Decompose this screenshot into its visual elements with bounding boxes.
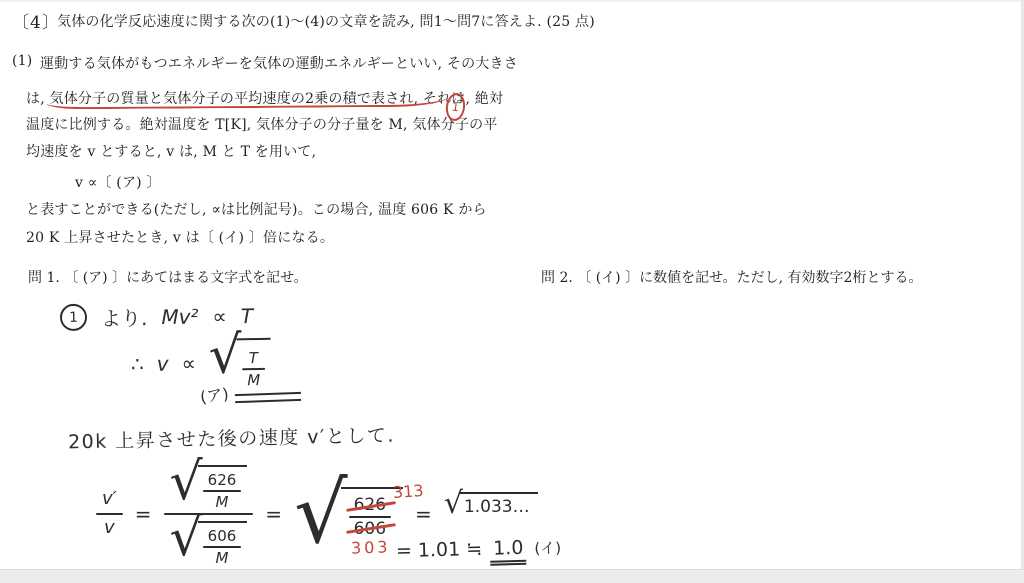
page-top-edge	[0, 0, 1024, 2]
proportional-symbol: ∝	[212, 304, 227, 328]
red-correction-313: 313	[392, 482, 424, 502]
handwritten-step-2: ∴ v ∝ √ T M	[131, 335, 272, 390]
red-correction-303: 303	[350, 538, 390, 557]
problem-number: 〔4〕	[12, 8, 60, 33]
paragraph-line: 運動する気体がもつエネルギーを気体の運動エネルギーといい, その大きさ	[40, 53, 518, 73]
paragraph-line: 均速度を v とすると, v は, M と T を用いて,	[26, 141, 316, 161]
yori-text: より.	[101, 302, 148, 331]
paragraph-line: 20 K 上昇させたとき, v は〔 (イ) 〕倍になる。	[26, 227, 334, 247]
sqrt-value: 1.033…	[460, 492, 538, 517]
question-1: 問 1. 〔 (ア) 〕にあてはまる文字式を記せ。	[28, 267, 308, 287]
question-2: 問 2. 〔 (イ) 〕に数値を記せ。ただし, 有効数字2桁とする。	[541, 267, 922, 287]
answer-label-a: (ア)	[199, 381, 230, 408]
page-bottom-bar	[0, 569, 1024, 583]
fraction-of-square-roots: √ 626 M √ 606	[164, 462, 254, 566]
square-root-result: √ 1.033…	[444, 490, 538, 517]
proportionality-formula-line: v ∝〔 (ア) 〕	[75, 172, 161, 192]
handwritten-step-3: 20k 上昇させた後の速度 v′として.	[68, 421, 395, 455]
red-underline-mark	[46, 91, 448, 110]
proportional-symbol: ∝	[181, 351, 196, 375]
equals-sign: =	[415, 502, 432, 526]
circled-one-mark: 1	[60, 304, 87, 331]
radical-sign: √	[294, 482, 348, 546]
square-root-T-over-M: √ T M	[208, 335, 271, 389]
equals-sign: =	[135, 502, 152, 526]
square-root-606-over-M: √ 606 M	[170, 518, 248, 566]
paragraph-line: 温度に比例する。絶対温度を T[K], 気体分子の分子量を M, 気体分子の平	[26, 114, 498, 134]
velocity-variable: v	[157, 351, 169, 375]
temperature-variable: T	[241, 303, 253, 327]
final-answer: 1.0	[490, 537, 527, 566]
double-underline-mark	[235, 392, 301, 403]
handwritten-final-result: = 1.01 ≒ 1.0 (イ)	[396, 536, 562, 568]
fraction-vprime-over-v: v′ v	[96, 489, 123, 538]
paragraph-marker: (1)	[12, 53, 32, 69]
exam-document-page: 〔4〕 気体の化学反応速度に関する次の(1)〜(4)の文章を読み, 問1〜問7に…	[0, 0, 1024, 583]
therefore-symbol: ∴	[131, 352, 144, 376]
result-value: = 1.01 ≒	[396, 538, 483, 562]
square-root-626-over-M: √ 626 M	[170, 462, 248, 510]
square-root-626-over-606: √ 626 313 606 303	[294, 482, 403, 546]
energy-expression: Mv²	[161, 304, 198, 328]
fraction-626-over-M: 626 M	[203, 472, 242, 510]
fraction-606-over-M: 606 M	[203, 528, 242, 566]
answer-label-i: (イ)	[534, 537, 561, 559]
problem-header-text: 気体の化学反応速度に関する次の(1)〜(4)の文章を読み, 問1〜問7に答えよ.…	[57, 11, 595, 31]
paragraph-line: と表すことができる(ただし, ∝は比例記号)。この場合, 温度 606 K から	[26, 199, 487, 219]
equals-sign: =	[265, 502, 282, 526]
fraction-626-over-606: 626 313 606 303	[349, 496, 391, 538]
fraction-T-over-M: T M	[242, 350, 266, 388]
